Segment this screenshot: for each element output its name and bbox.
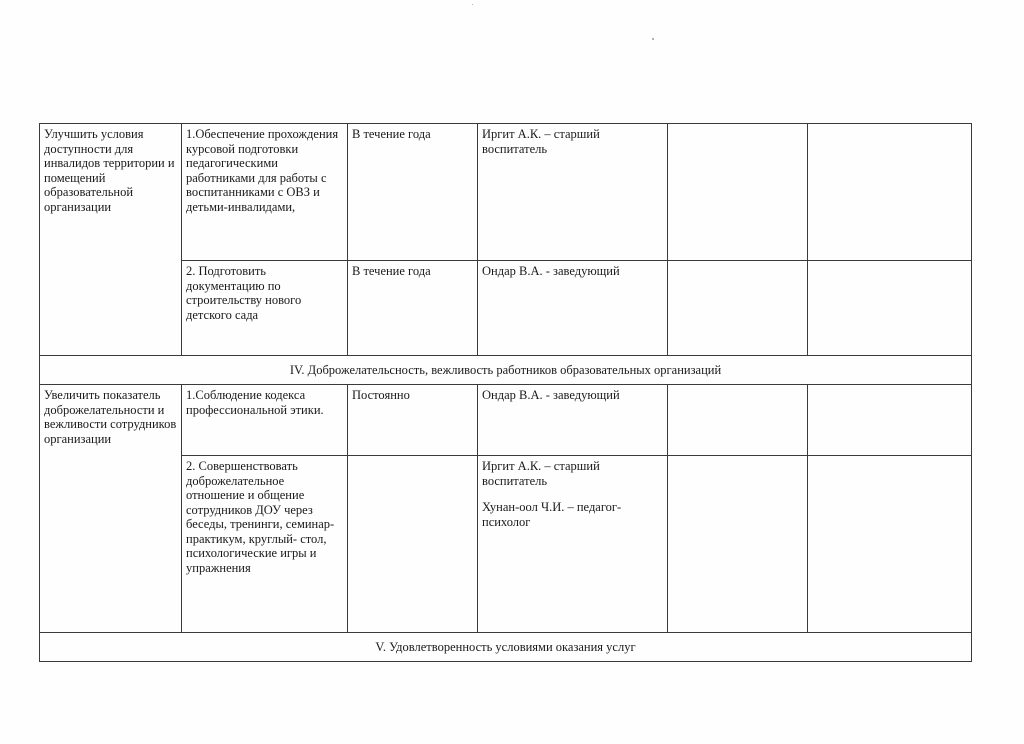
empty-cell	[668, 385, 808, 456]
section-heading-v: V. Удовлетворенность условиями оказания …	[40, 633, 972, 662]
empty-cell	[668, 456, 808, 633]
responsible-person: Иргит А.К. – старший воспитатель	[482, 459, 663, 488]
empty-cell	[808, 385, 972, 456]
deadline-cell: В течение года	[348, 124, 478, 261]
table-row: Улучшить условия доступности для инвалид…	[40, 124, 972, 261]
activity-cell: 2. Совершенствовать доброжелательное отн…	[182, 456, 348, 633]
scan-speck	[652, 38, 654, 40]
empty-cell	[668, 124, 808, 261]
responsible-person: Хунан-оол Ч.И. – педагог-психолог	[482, 500, 663, 529]
activity-cell: 1.Соблюдение кодекса профессиональной эт…	[182, 385, 348, 456]
deadline-cell: Постоянно	[348, 385, 478, 456]
empty-cell	[808, 261, 972, 356]
activity-cell: 1.Обеспечение прохождения курсовой подго…	[182, 124, 348, 261]
goal-cell: Увеличить показатель доброжелательности …	[40, 385, 182, 633]
responsible-cell: Иргит А.К. – старший воспитатель	[478, 124, 668, 261]
responsible-cell: Иргит А.К. – старший воспитатель Хунан-о…	[478, 456, 668, 633]
responsible-cell: Ондар В.А. - заведующий	[478, 385, 668, 456]
responsible-cell: Ондар В.А. - заведующий	[478, 261, 668, 356]
empty-cell	[808, 456, 972, 633]
goal-cell: Улучшить условия доступности для инвалид…	[40, 124, 182, 356]
deadline-cell	[348, 456, 478, 633]
spacer	[482, 488, 663, 500]
improvement-plan-table: Улучшить условия доступности для инвалид…	[39, 123, 972, 662]
activity-cell: 2. Подготовить документацию по строитель…	[182, 261, 348, 356]
scan-speck	[472, 4, 473, 5]
deadline-cell: В течение года	[348, 261, 478, 356]
empty-cell	[668, 261, 808, 356]
empty-cell	[808, 124, 972, 261]
scanned-page: Улучшить условия доступности для инвалид…	[0, 0, 1024, 744]
section-heading-row: V. Удовлетворенность условиями оказания …	[40, 633, 972, 662]
table-row: Увеличить показатель доброжелательности …	[40, 385, 972, 456]
section-heading-iv: IV. Доброжелательсность, вежливость рабо…	[40, 356, 972, 385]
section-heading-row: IV. Доброжелательсность, вежливость рабо…	[40, 356, 972, 385]
